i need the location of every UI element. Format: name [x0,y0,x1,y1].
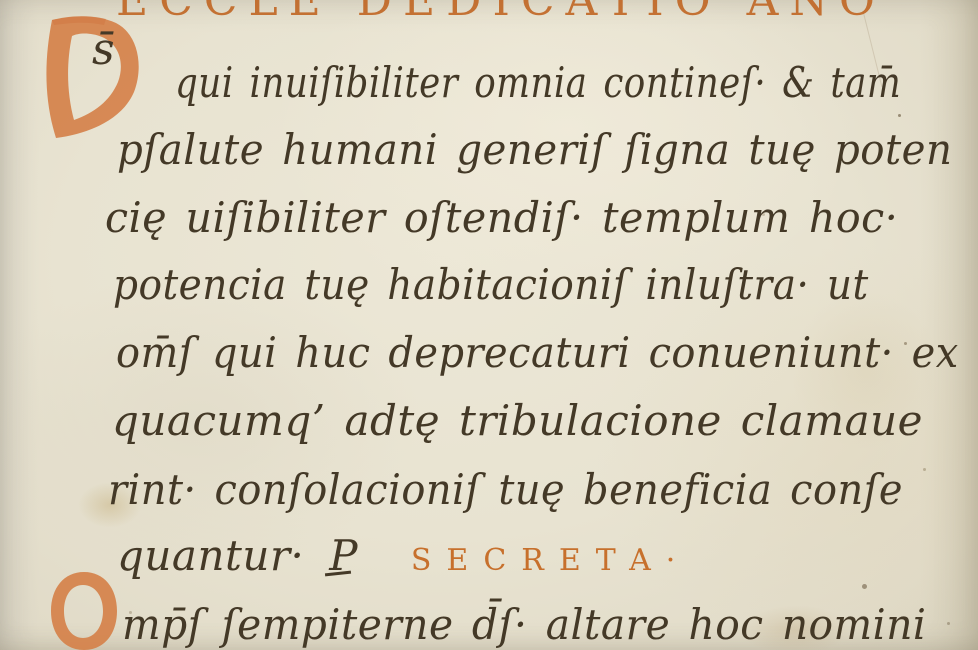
text-line: quacumq’ adtę tribulacione clamaue [112,400,923,442]
secreta-rubric: SECRETA· [411,543,690,578]
text-line: pſalute humani generiſ ſigna tuę poten [117,129,952,171]
manuscript-page: { "colors": { "parchment": "#e8e3d1", "i… [0,0,978,650]
line-8-text: quantur· [117,531,304,580]
text-line: potencia tuę habitacioniſ inluſtra· ut [113,264,869,306]
parchment-specks [0,0,3,3]
text-line: rint· conſolacioniſ tuę beneficia conſe [108,469,903,511]
per-abbreviation: P [329,535,358,577]
illuminated-initial-o [48,570,120,650]
clipped-top-rubric: ECCLE DEDICATIO ANO [116,0,886,23]
text-line: quantur· P SECRETA· [117,535,690,577]
illuminated-initial-d [36,12,146,140]
text-line: qui inuiſibiliter omnia contineſ· & tam̄ [175,62,901,104]
text-line: cię uiſibiliter oſtendiſ· templum hoc· [105,197,898,239]
text-line: om̄ſ qui huc deprecaturi conueniunt· ex [116,332,959,374]
text-line: mp̄ſ ſempiterne d̄ſ· altare hoc nomini [122,604,926,646]
initial-d-abbreviation: s̄ [92,28,115,72]
